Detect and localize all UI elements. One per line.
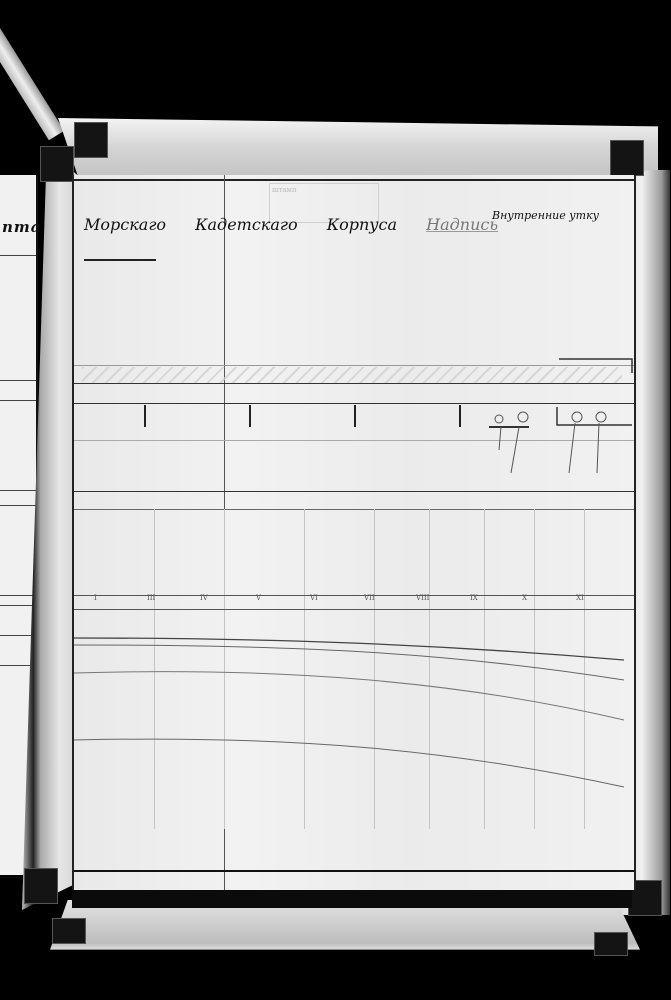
background-sheet-text: пта bbox=[2, 218, 42, 236]
clamp-top-left bbox=[74, 122, 108, 158]
bottom-border-line bbox=[74, 870, 634, 872]
hull-lines-icon bbox=[74, 175, 634, 890]
frame-bottom-rail bbox=[50, 900, 640, 962]
clamp-bottom-right-lower bbox=[594, 932, 628, 956]
clamp-bottom-left bbox=[24, 868, 58, 904]
clamp-top-left-outer bbox=[40, 146, 74, 182]
frame-shadow bbox=[72, 890, 632, 908]
wooden-rod bbox=[0, 20, 64, 140]
clamp-bottom-left-lower bbox=[52, 918, 86, 944]
drawing-sheet: штамп Морскаго Кадетскаго Корпуса Надпис… bbox=[72, 175, 636, 890]
clamp-top-right bbox=[610, 140, 644, 176]
